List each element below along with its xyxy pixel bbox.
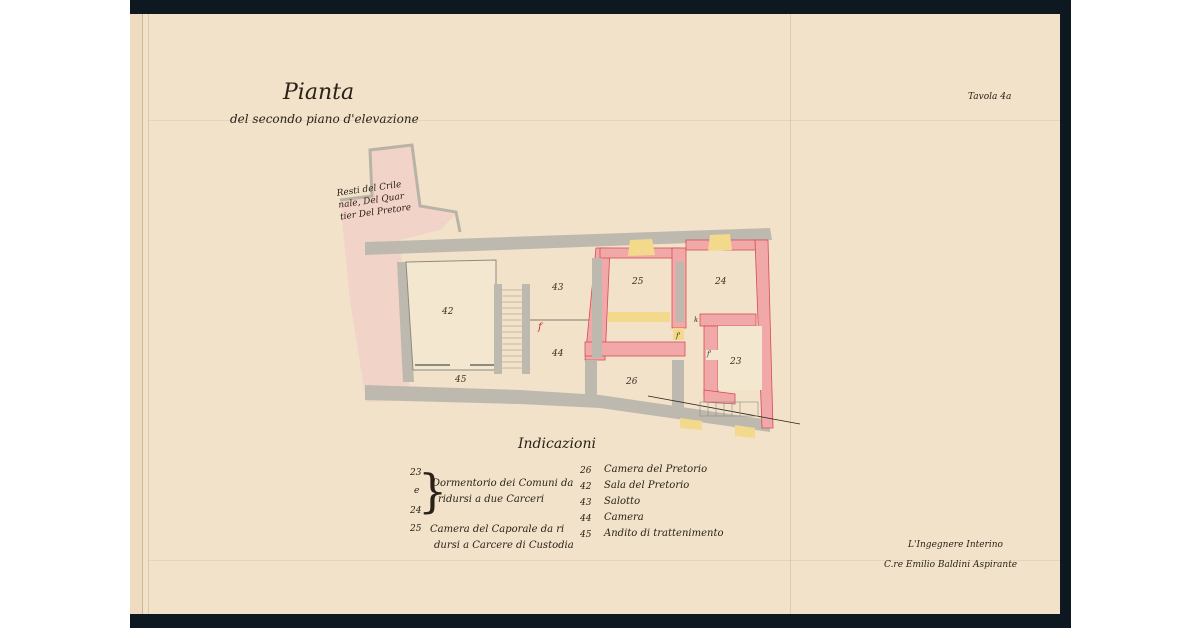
svg-text:f': f': [706, 350, 712, 358]
stair-wall-right: [522, 284, 530, 374]
svg-text:f': f': [675, 332, 681, 340]
stair-wall-left: [494, 284, 502, 374]
stair-steps: [502, 290, 522, 368]
svg-text:k: k: [694, 316, 698, 324]
svg-text:42: 42: [441, 307, 454, 317]
legend-title: Indicazioni: [518, 436, 596, 452]
svg-text:44: 44: [551, 349, 564, 359]
svg-text:43: 43: [551, 283, 564, 293]
floor-plan: 42 43 44 45 25 24 23 26 k f' f' f: [0, 0, 1200, 628]
signature-line-1: L'Ingegnere Interino: [908, 540, 1003, 550]
svg-text:f: f: [537, 322, 544, 333]
svg-text:23: 23: [729, 357, 742, 367]
svg-text:25: 25: [631, 277, 644, 287]
legend-brace: }: [418, 466, 447, 516]
signature-line-2: C.re Emilio Baldini Aspirante: [884, 560, 1017, 570]
svg-text:26: 26: [625, 377, 638, 387]
svg-text:45: 45: [454, 375, 467, 385]
svg-text:24: 24: [714, 277, 727, 287]
